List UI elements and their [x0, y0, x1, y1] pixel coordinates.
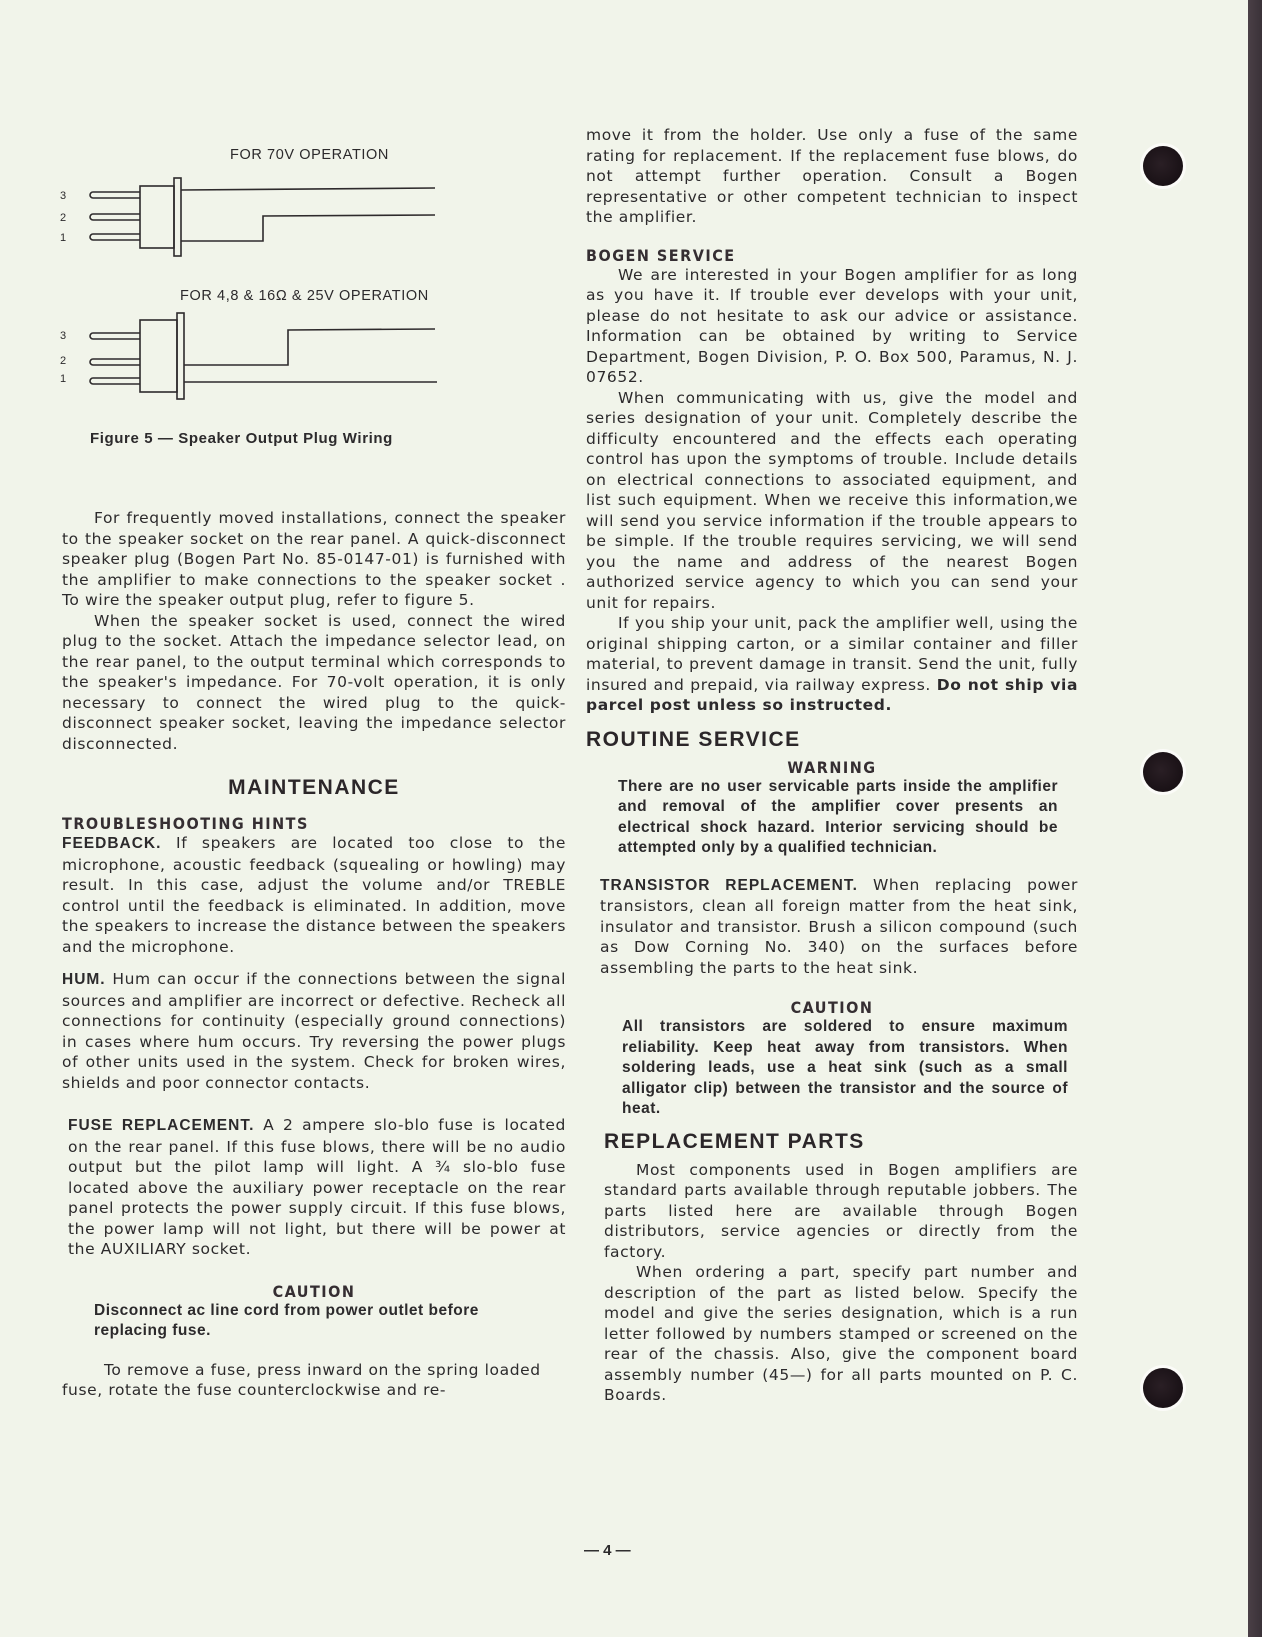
hum-paragraph: HUM. Hum can occur if the connections be… [62, 969, 566, 1093]
warning-text: There are no user servicable parts insid… [586, 777, 1078, 859]
figure-bottom-label: FOR 4,8 & 16Ω & 25V OPERATION [180, 288, 429, 304]
right-column: move it from the holder. Use only a fuse… [586, 125, 1078, 1406]
routine-service-heading: ROUTINE SERVICE [586, 728, 1078, 752]
page-number: — 4 — [584, 1542, 631, 1559]
fuse-continuation: move it from the holder. Use only a fuse… [586, 125, 1078, 228]
replacement-paragraph: When ordering a part, specify part numbe… [586, 1262, 1078, 1406]
transistor-paragraph: TRANSISTOR REPLACEMENT. When replacing p… [586, 875, 1078, 979]
binder-hole-middle [1143, 752, 1183, 792]
transistor-lead: TRANSISTOR REPLACEMENT. [600, 877, 858, 894]
fuse-caution-text: Disconnect ac line cord from power outle… [62, 1301, 566, 1342]
maintenance-heading: MAINTENANCE [62, 776, 566, 800]
intro-paragraph: When the speaker socket is used, connect… [62, 611, 566, 755]
bogen-service-paragraph: When communicating with us, give the mod… [586, 388, 1078, 614]
page-edge-shadow [1248, 0, 1262, 1637]
binder-hole-top [1143, 146, 1183, 186]
replacement-parts-heading: REPLACEMENT PARTS [586, 1130, 1078, 1154]
intro-paragraph: For frequently moved installations, conn… [62, 508, 566, 611]
remove-fuse-paragraph: To remove a fuse, press inward on the sp… [62, 1360, 566, 1401]
fuse-text: A 2 ampere slo-blo fuse is located on th… [68, 1116, 566, 1258]
hum-lead: HUM. [62, 971, 106, 988]
fuse-paragraph: FUSE REPLACEMENT. A 2 ampere slo-blo fus… [62, 1115, 566, 1260]
transistor-caution-text: All transistors are soldered to ensure m… [586, 1017, 1078, 1120]
warning-title: WARNING [586, 758, 1078, 777]
binder-hole-bottom [1143, 1368, 1183, 1408]
pin-label: 3 [60, 330, 66, 342]
shipping-paragraph: If you ship your unit, pack the amplifie… [586, 613, 1078, 716]
feedback-paragraph: FEEDBACK. If speakers are located too cl… [62, 833, 566, 957]
fuse-caution-title: CAUTION [62, 1282, 566, 1301]
transistor-caution-title: CAUTION [586, 998, 1078, 1017]
replacement-paragraph: Most components used in Bogen amplifiers… [586, 1160, 1078, 1263]
troubleshooting-heading: TROUBLESHOOTING HINTS [62, 814, 566, 833]
fuse-lead: FUSE REPLACEMENT. [68, 1117, 254, 1134]
pin-label: 1 [60, 373, 66, 385]
hum-text: Hum can occur if the connections between… [62, 970, 566, 1092]
bogen-service-heading: BOGEN SERVICE [586, 246, 1078, 265]
bogen-service-paragraph: We are interested in your Bogen amplifie… [586, 265, 1078, 388]
figure-5: FOR 70V OPERATION 3 2 1 FOR 4,8 & 16Ω & … [55, 140, 495, 460]
figure-caption: Figure 5 — Speaker Output Plug Wiring [90, 430, 393, 447]
left-column: For frequently moved installations, conn… [62, 508, 566, 1401]
pin-label: 2 [60, 355, 66, 367]
feedback-text: If speakers are located too close to the… [62, 834, 566, 956]
feedback-lead: FEEDBACK. [62, 835, 161, 852]
